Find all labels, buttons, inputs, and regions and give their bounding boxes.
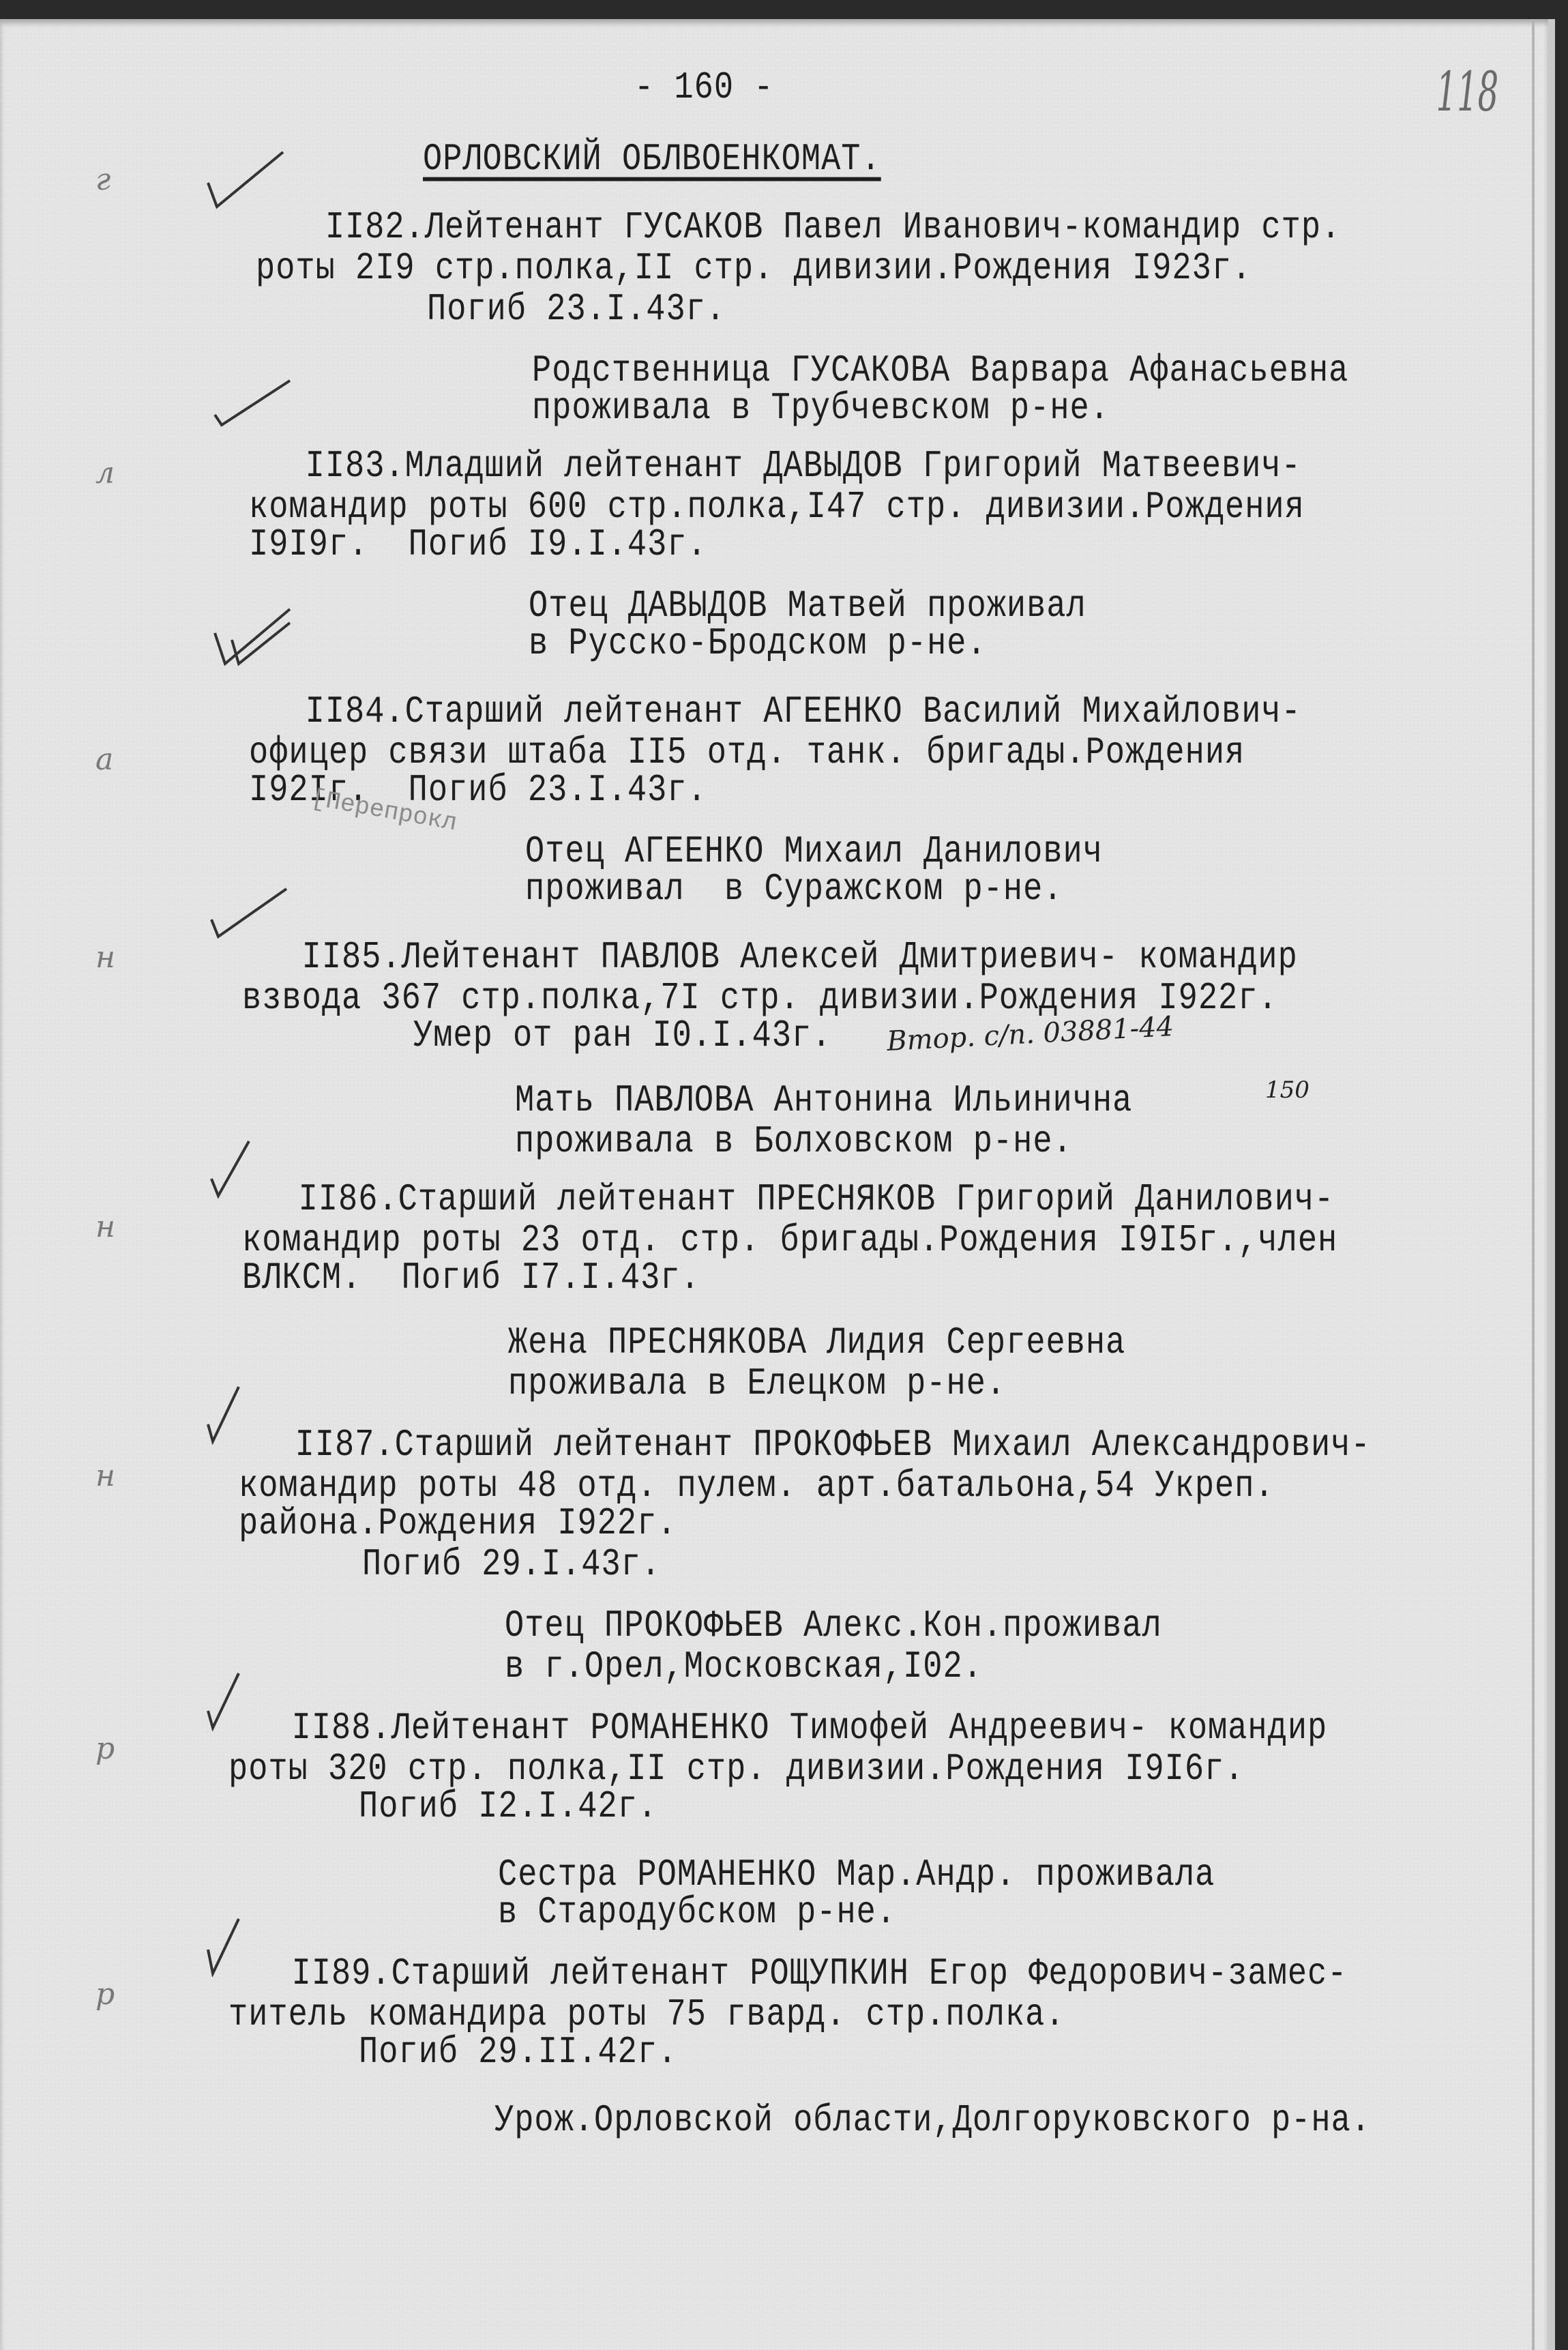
entry-1183-relative-1: Отец ДАВЫДОВ Матвей проживал: [529, 585, 1086, 628]
entry-1188-line-3: Погиб I2.I.42г.: [259, 1786, 657, 1829]
entry-1182-line-2: роты 2I9 стр.полка,II стр. дивизии.Рожде…: [256, 248, 1252, 291]
margin-letter: н: [95, 1458, 115, 1493]
document-page: - 160 - 118 ОРЛОВСКИЙ ОБЛВОЕНКОМАТ. II82…: [0, 19, 1555, 2350]
entry-1188-line-1: II88.Лейтенант РОМАНЕНКО Тимофей Андреев…: [232, 1707, 1327, 1750]
entry-1185-relative-1: Мать ПАВЛОВА Антонина Ильинична: [515, 1080, 1132, 1123]
checkmark-icon: [208, 879, 290, 940]
entry-1186-line-2: командир роты 23 отд. стр. бригады.Рожде…: [242, 1220, 1337, 1263]
entry-1187-line-3: района.Рождения I922г.: [239, 1503, 677, 1546]
margin-letter: н: [95, 1209, 115, 1244]
entry-1185-line-1: II85.Лейтенант ПАВЛОВ Алексей Дмитриевич…: [242, 937, 1298, 980]
entry-1188-relative-1: Сестра РОМАНЕНКО Мар.Андр. проживала: [498, 1854, 1215, 1897]
checkmark-icon: [205, 1670, 286, 1731]
page-edge: [1532, 19, 1535, 2350]
entry-1182-relative-2: проживала в Трубчевском р-не.: [532, 387, 1110, 430]
checkmark-icon: [208, 1138, 290, 1199]
entry-1182-relative-1: Родственница ГУСАКОВА Варвара Афанасьевн…: [532, 350, 1348, 393]
entry-1183-line-1: II83.Младший лейтенант ДАВЫДОВ Григорий …: [246, 445, 1301, 488]
entry-1182-line-1: II82.Лейтенант ГУСАКОВ Павел Иванович-ко…: [246, 207, 1341, 250]
entry-1184-relative-1: Отец АГЕЕНКО Михаил Данилович: [525, 831, 1103, 874]
entry-1187-line-4: Погиб 29.I.43г.: [263, 1544, 661, 1587]
entry-1189-line-1: II89.Старший лейтенант РОЩУПКИН Егор Фед…: [232, 1953, 1347, 1996]
entry-1183-line-2: командир роты 600 стр.полка,I47 стр. див…: [249, 486, 1305, 529]
page-number: - 160 -: [634, 67, 773, 110]
entry-1186-relative-1: Жена ПРЕСНЯКОВА Лидия Сергеевна: [508, 1322, 1125, 1365]
entry-1187-relative-1: Отец ПРОКОФЬЕВ Алекс.Кон.проживал: [505, 1605, 1162, 1648]
margin-letter: р: [95, 1977, 115, 2012]
entry-1184-relative-2: проживал в Суражском р-не.: [525, 868, 1063, 911]
entry-1183-line-3: I9I9г. Погиб I9.I.43г.: [249, 524, 707, 567]
entry-1186-relative-2: проживала в Елецком р-не.: [508, 1363, 1006, 1406]
checkmark-icon: [205, 149, 286, 210]
entry-1189-relative-1: Урож.Орловской области,Долгоруковского р…: [494, 2100, 1371, 2143]
folio-number: 118: [1436, 60, 1499, 123]
checkmark-icon: [211, 606, 293, 667]
entry-1187-relative-2: в г.Орел,Московская,I02.: [505, 1646, 983, 1689]
checkmark-icon: [205, 1383, 286, 1445]
entry-1189-line-2: титель командира роты 75 гвард. стр.полк…: [228, 1994, 1065, 2037]
entry-1188-line-2: роты 320 стр. полка,II стр. дивизии.Рожд…: [228, 1748, 1244, 1791]
entry-1187-line-2: командир роты 48 отд. пулем. арт.батальо…: [239, 1465, 1275, 1508]
margin-letter: а: [95, 742, 113, 777]
handwritten-superscript-150: 150: [1265, 1076, 1310, 1104]
checkmark-icon: [211, 367, 293, 428]
entry-1184-line-2: офицер связи штаба II5 отд. танк. бригад…: [249, 732, 1245, 775]
entry-1185-line-3: Умер от ран I0.I.43г.: [314, 1015, 831, 1058]
entry-1189-line-3: Погиб 29.II.42г.: [259, 2031, 677, 2074]
margin-letter: р: [95, 1731, 115, 1766]
entry-1185-relative-2: проживала в Болховском р-не.: [515, 1121, 1073, 1164]
entry-1183-relative-2: в Русско-Бродском р-не.: [529, 623, 987, 666]
entry-1182-line-3: Погиб 23.I.43г.: [327, 289, 726, 332]
checkmark-icon: [205, 1915, 286, 1977]
margin-letter: г: [95, 162, 110, 197]
entry-1187-line-1: II87.Старший лейтенант ПРОКОФЬЕВ Михаил …: [235, 1424, 1371, 1467]
entry-1186-line-1: II86.Старший лейтенант ПРЕСНЯКОВ Григори…: [239, 1179, 1334, 1222]
entry-1184-line-1: II84.Старший лейтенант АГЕЕНКО Василий М…: [246, 691, 1301, 734]
margin-letter: л: [95, 456, 115, 490]
page-heading: ОРЛОВСКИЙ ОБЛВОЕНКОМАТ.: [423, 138, 881, 181]
margin-letter: н: [95, 940, 115, 975]
entry-1186-line-3: ВЛКСМ. Погиб I7.I.43г.: [242, 1257, 700, 1300]
entry-1188-relative-2: в Стародубском р-не.: [498, 1892, 896, 1935]
